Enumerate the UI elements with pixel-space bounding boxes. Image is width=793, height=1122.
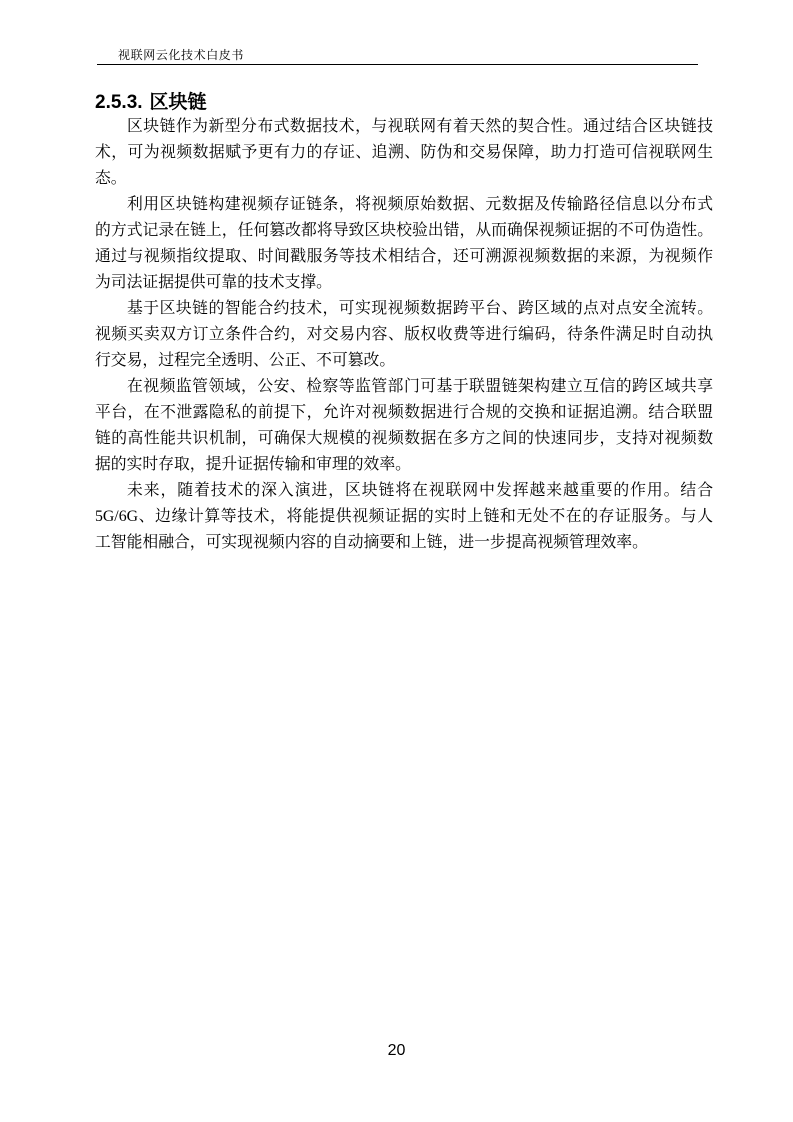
section-title: 区块链 — [150, 92, 207, 113]
paragraph-line: 基于区块链的智能合约技术，可实现视频数据跨平台、跨区域的点对点安全流转。 — [95, 296, 713, 322]
paragraph-line: 据的实时存取，提升证据传输和审理的效率。 — [95, 452, 713, 478]
header-rule — [97, 64, 698, 65]
section-heading: 2.5.3.区块链 — [95, 92, 207, 114]
section-number: 2.5.3. — [95, 92, 143, 113]
running-header-title: 视联网云化技术白皮书 — [118, 46, 244, 63]
paragraph-line: 平台，在不泄露隐私的前提下，允许对视频数据进行合规的交换和证据追溯。结合联盟 — [95, 400, 713, 426]
paragraph-line: 链的高性能共识机制，可确保大规模的视频数据在多方之间的快速同步，支持对视频数 — [95, 426, 713, 452]
paragraph-line: 区块链作为新型分布式数据技术，与视联网有着天然的契合性。通过结合区块链技 — [95, 114, 713, 140]
body-text: 区块链作为新型分布式数据技术，与视联网有着天然的契合性。通过结合区块链技术，可为… — [95, 114, 713, 556]
paragraph-line: 5G/6G、边缘计算等技术，将能提供视频证据的实时上链和无处不在的存证服务。与人 — [95, 504, 713, 530]
paragraph: 在视频监管领域，公安、检察等监管部门可基于联盟链架构建立互信的跨区域共享平台，在… — [95, 374, 713, 478]
paragraph: 基于区块链的智能合约技术，可实现视频数据跨平台、跨区域的点对点安全流转。视频买卖… — [95, 296, 713, 374]
paragraph-line: 为司法证据提供可靠的技术支撑。 — [95, 270, 713, 296]
paragraph-line: 通过与视频指纹提取、时间戳服务等技术相结合，还可溯源视频数据的来源，为视频作 — [95, 244, 713, 270]
paragraph-line: 工智能相融合，可实现视频内容的自动摘要和上链，进一步提高视频管理效率。 — [95, 530, 713, 556]
paragraph: 区块链作为新型分布式数据技术，与视联网有着天然的契合性。通过结合区块链技术，可为… — [95, 114, 713, 192]
page-number: 20 — [388, 1042, 406, 1059]
paragraph-line: 未来，随着技术的深入演进，区块链将在视联网中发挥越来越重要的作用。结合 — [95, 478, 713, 504]
paragraph-line: 行交易，过程完全透明、公正、不可篡改。 — [95, 348, 713, 374]
paragraph-line: 的方式记录在链上，任何篡改都将导致区块校验出错，从而确保视频证据的不可伪造性。 — [95, 218, 713, 244]
paragraph-line: 利用区块链构建视频存证链条，将视频原始数据、元数据及传输路径信息以分布式 — [95, 192, 713, 218]
paragraph-line: 态。 — [95, 166, 713, 192]
paragraph-line: 视频买卖双方订立条件合约，对交易内容、版权收费等进行编码，待条件满足时自动执 — [95, 322, 713, 348]
paragraph-line: 术，可为视频数据赋予更有力的存证、追溯、防伪和交易保障，助力打造可信视联网生 — [95, 140, 713, 166]
paragraph: 利用区块链构建视频存证链条，将视频原始数据、元数据及传输路径信息以分布式的方式记… — [95, 192, 713, 296]
page-footer: 20 — [0, 1042, 793, 1060]
document-page: 视联网云化技术白皮书 2.5.3.区块链 区块链作为新型分布式数据技术，与视联网… — [0, 0, 793, 1122]
paragraph: 未来，随着技术的深入演进，区块链将在视联网中发挥越来越重要的作用。结合5G/6G… — [95, 478, 713, 556]
paragraph-line: 在视频监管领域，公安、检察等监管部门可基于联盟链架构建立互信的跨区域共享 — [95, 374, 713, 400]
